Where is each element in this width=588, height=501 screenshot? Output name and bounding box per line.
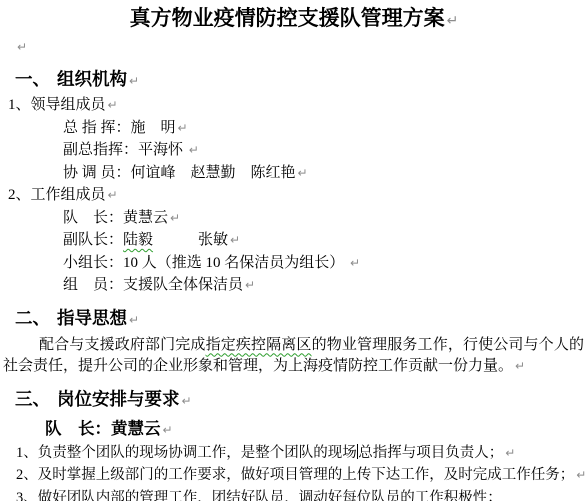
spellcheck-underlined-text: 陆毅	[123, 232, 153, 248]
text-run: 真方物业疫情防控支援队管理方案	[130, 7, 445, 30]
text-run: 二、	[15, 308, 50, 328]
line-duty-3-partial[interactable]: 3、做好团队内部的管理工作，团结好队员，调动好每位队员的工作积极性；	[0, 487, 588, 501]
text-run: 配合与支援政府部门完成	[39, 337, 206, 353]
text-run: 2、及时掌握上级部门的工作要求，做好项目管理的上传下达工作，及时完成工作任务；	[16, 467, 574, 483]
document-canvas[interactable]: 真方物业疫情防控支援队管理方案↵↵一、组织机构↵1、领导组成员↵总 指 挥：施 …	[0, 0, 588, 501]
paragraph-mark-icon: ↵	[350, 256, 360, 270]
doc-title[interactable]: 真方物业疫情防控支援队管理方案↵	[0, 4, 588, 36]
text-run: 小组长：10 人（推选 10 名保洁员为组长）	[63, 255, 348, 271]
text-run: 3、做好团队内部的管理工作，团结好队员，调动好每位队员的工作积极性；	[16, 490, 502, 501]
line-captain-heading[interactable]: 队 长：黄慧云↵	[0, 418, 588, 442]
line-team-leader[interactable]: 队 长：黄慧云↵	[0, 207, 588, 230]
paragraph-mark-icon: ↵	[170, 211, 180, 225]
text-run: 2、工作组成员	[8, 187, 106, 203]
text-run: 队 长：黄慧云	[45, 420, 161, 438]
text-run: 队 长：黄慧云	[63, 210, 168, 226]
line-group-leaders[interactable]: 小组长：10 人（推选 10 名保洁员为组长） ↵	[0, 252, 588, 275]
paragraph-mark-icon: ↵	[178, 121, 188, 135]
paragraph-mark-icon: ↵	[230, 233, 240, 247]
para-guiding-ideology[interactable]: 配合与支援政府部门完成指定疾控隔离区的物业管理服务工作，行使公司与个人的社会责任…	[0, 333, 588, 378]
paragraph-mark-icon: ↵	[108, 188, 118, 202]
line-chief-commander[interactable]: 总 指 挥：施 明↵	[0, 117, 588, 140]
heading-position-requirements[interactable]: 三、岗位安排与要求↵	[0, 386, 588, 414]
text-run: 协 调 员：何谊峰 赵慧勤 陈红艳	[63, 165, 296, 181]
paragraph-mark-icon: ↵	[576, 468, 586, 482]
line-work-group[interactable]: 2、工作组成员↵	[0, 184, 588, 207]
paragraph-mark-icon: ↵	[163, 423, 173, 437]
empty-paragraph[interactable]: ↵	[0, 36, 588, 58]
line-duty-2[interactable]: 2、及时掌握上级部门的工作要求，做好项目管理的上传下达工作，及时完成工作任务；↵	[0, 464, 588, 487]
heading-guiding-ideology[interactable]: 二、指导思想↵	[0, 305, 588, 333]
text-run: 1、领导组成员	[8, 97, 106, 113]
line-duty-1[interactable]: 1、负责整个团队的现场协调工作，是整个团队的现场总指挥与项目负责人；↵	[0, 442, 588, 465]
paragraph-mark-icon: ↵	[245, 278, 255, 292]
line-members[interactable]: 组 员：支援队全体保洁员↵	[0, 274, 588, 297]
text-run: 组 员：支援队全体保洁员	[63, 277, 243, 293]
line-coordinators[interactable]: 协 调 员：何谊峰 赵慧勤 陈红艳↵	[0, 162, 588, 185]
line-leader-group[interactable]: 1、领导组成员↵	[0, 94, 588, 117]
line-deputy-leaders[interactable]: 副队长：陆毅 张敏↵	[0, 229, 588, 252]
paragraph-mark-icon: ↵	[129, 74, 139, 88]
text-run: 总 指 挥：施 明	[63, 120, 176, 136]
paragraph-mark-icon: ↵	[447, 13, 459, 29]
paragraph-mark-icon: ↵	[182, 394, 192, 408]
text-run: 副总指挥：平海怀	[63, 142, 187, 158]
paragraph-mark-icon: ↵	[515, 359, 525, 373]
paragraph-mark-icon: ↵	[189, 143, 199, 157]
text-run: 1、负责整个团队的现场协调工作，是整个团队的现场	[16, 445, 357, 461]
text-run: 指导思想	[57, 308, 127, 328]
line-deputy-commander[interactable]: 副总指挥：平海怀 ↵	[0, 139, 588, 162]
paragraph-mark-icon: ↵	[505, 446, 515, 460]
heading-organization[interactable]: 一、组织机构↵	[0, 66, 588, 94]
text-run: 副队长：	[63, 232, 123, 248]
paragraph-mark-icon: ↵	[108, 98, 118, 112]
text-run: 组织机构	[57, 69, 127, 89]
text-run: 一、	[15, 69, 50, 89]
text-run: 张敏	[153, 232, 228, 248]
spellcheck-underlined-text: 指定疾控隔离区	[206, 337, 312, 353]
text-run: 总指挥与项目负责人；	[358, 445, 503, 461]
paragraph-mark-icon: ↵	[17, 40, 27, 54]
paragraph-mark-icon: ↵	[129, 313, 139, 327]
paragraph-mark-icon: ↵	[298, 166, 308, 180]
text-run: 三、	[15, 389, 50, 409]
text-run: 岗位安排与要求	[57, 389, 180, 409]
